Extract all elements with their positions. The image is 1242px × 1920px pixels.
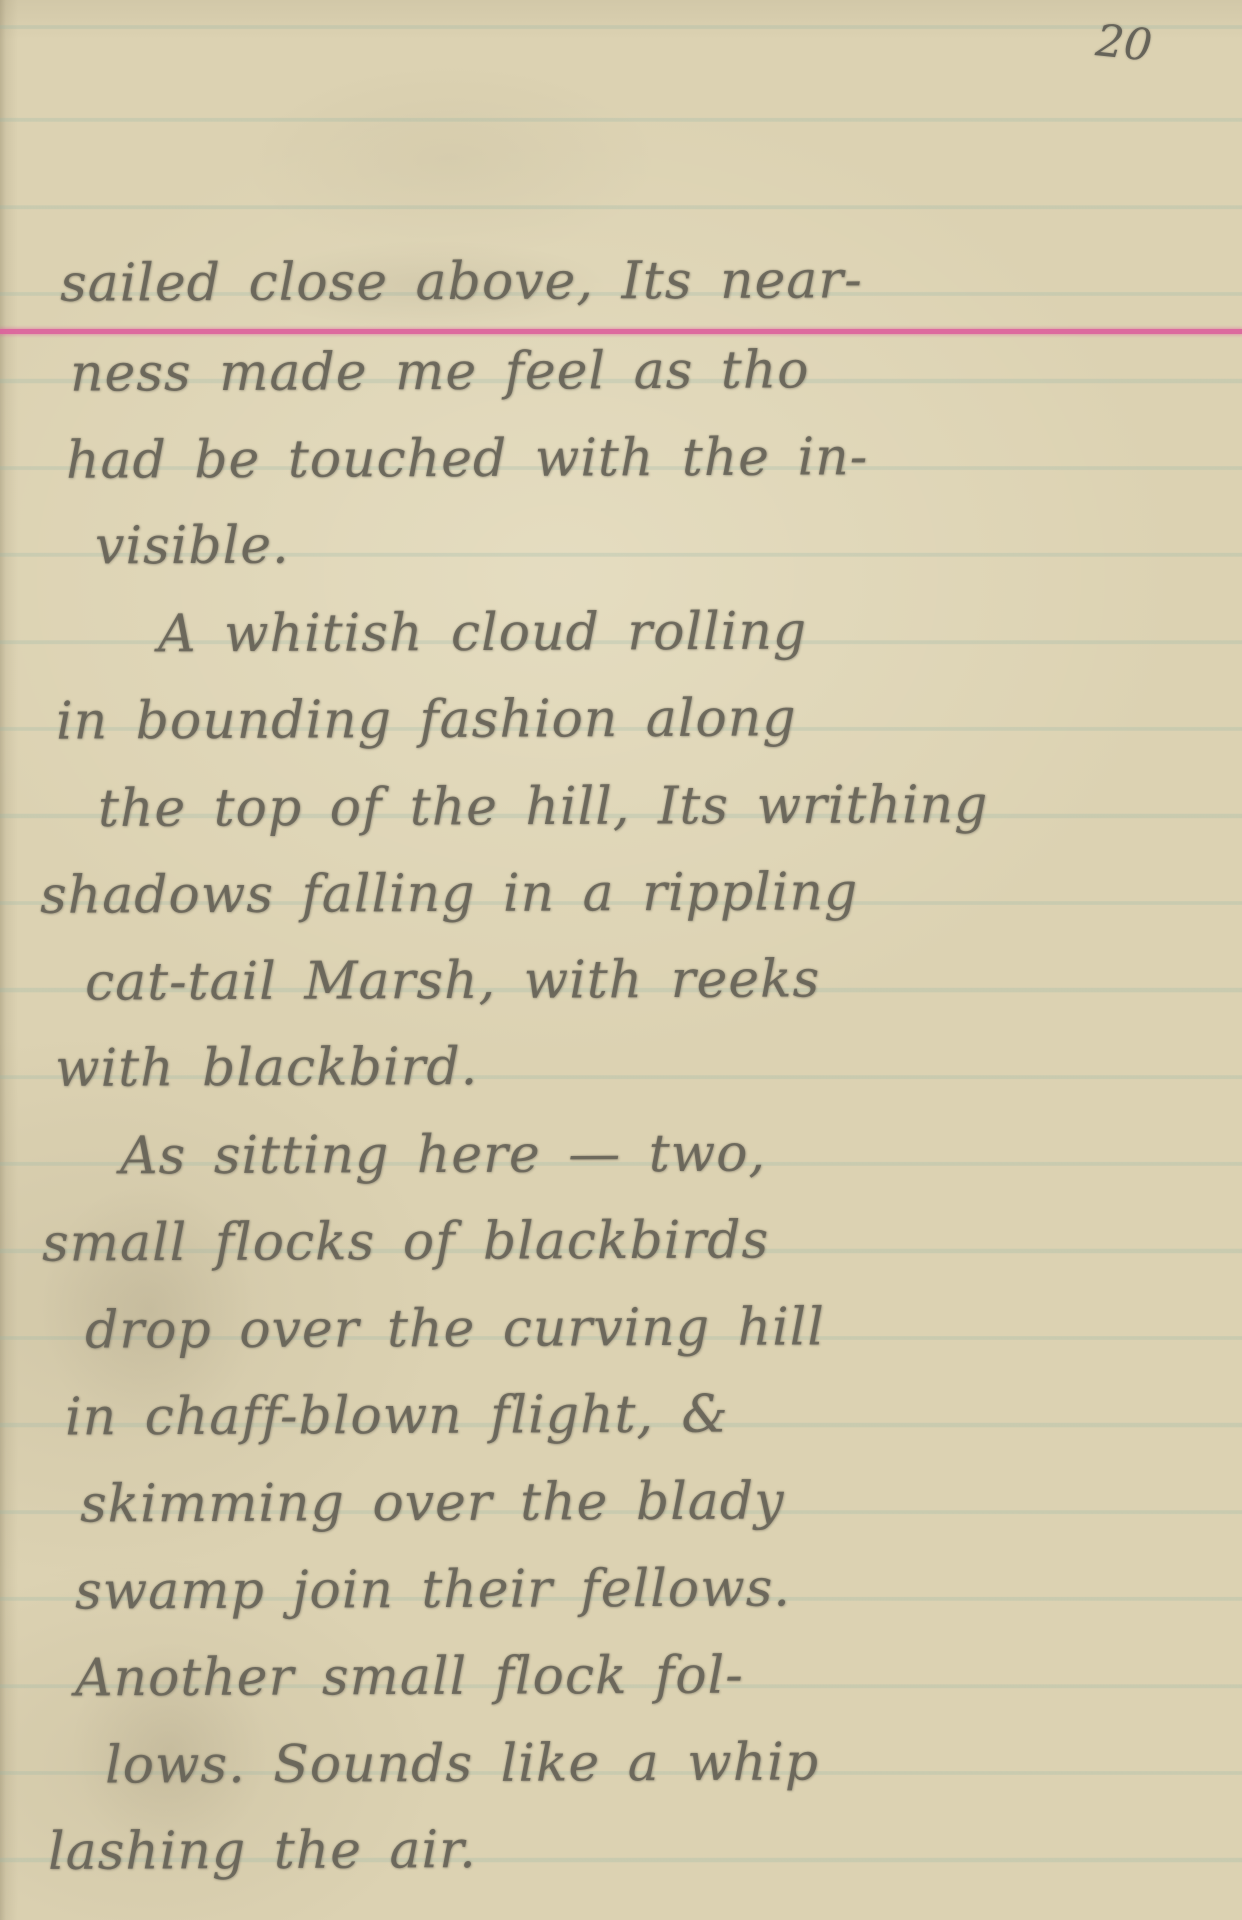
handwritten-line: ness made me feel as tho <box>70 340 810 403</box>
notebook-page: 20 sailed close above, Its near-ness mad… <box>0 0 1242 1920</box>
handwritten-line: drop over the curving hill <box>85 1297 825 1360</box>
handwritten-line: lows. Sounds like a whip <box>105 1732 819 1795</box>
handwritten-line: small flocks of blackbirds <box>42 1210 769 1273</box>
handwritten-line: swamp join their fellows. <box>75 1558 791 1621</box>
handwritten-line: in bounding fashion along <box>56 688 797 751</box>
handwritten-line: A whitish cloud rolling <box>158 602 807 665</box>
handwritten-line: sailed close above, Its near- <box>60 250 863 314</box>
handwriting-lines: sailed close above, Its near-ness made m… <box>0 0 1242 1920</box>
handwritten-line: visible. <box>95 516 290 577</box>
handwritten-line: skimming over the blady <box>80 1471 785 1534</box>
handwritten-line: had be touched with the in- <box>66 427 868 490</box>
handwritten-line: shadows falling in a rippling <box>40 862 858 926</box>
handwritten-line: with blackbird. <box>55 1037 478 1099</box>
handwritten-line: cat-tail Marsh, with reeks <box>85 949 821 1012</box>
handwritten-line: Another small flock fol- <box>75 1646 744 1709</box>
handwritten-line: in chaff-blown flight, & <box>65 1385 729 1448</box>
handwritten-line: the top of the hill, Its writhing <box>98 775 989 839</box>
handwritten-line: lashing the air. <box>48 1820 477 1882</box>
handwritten-line: As sitting here — two, <box>120 1124 766 1187</box>
